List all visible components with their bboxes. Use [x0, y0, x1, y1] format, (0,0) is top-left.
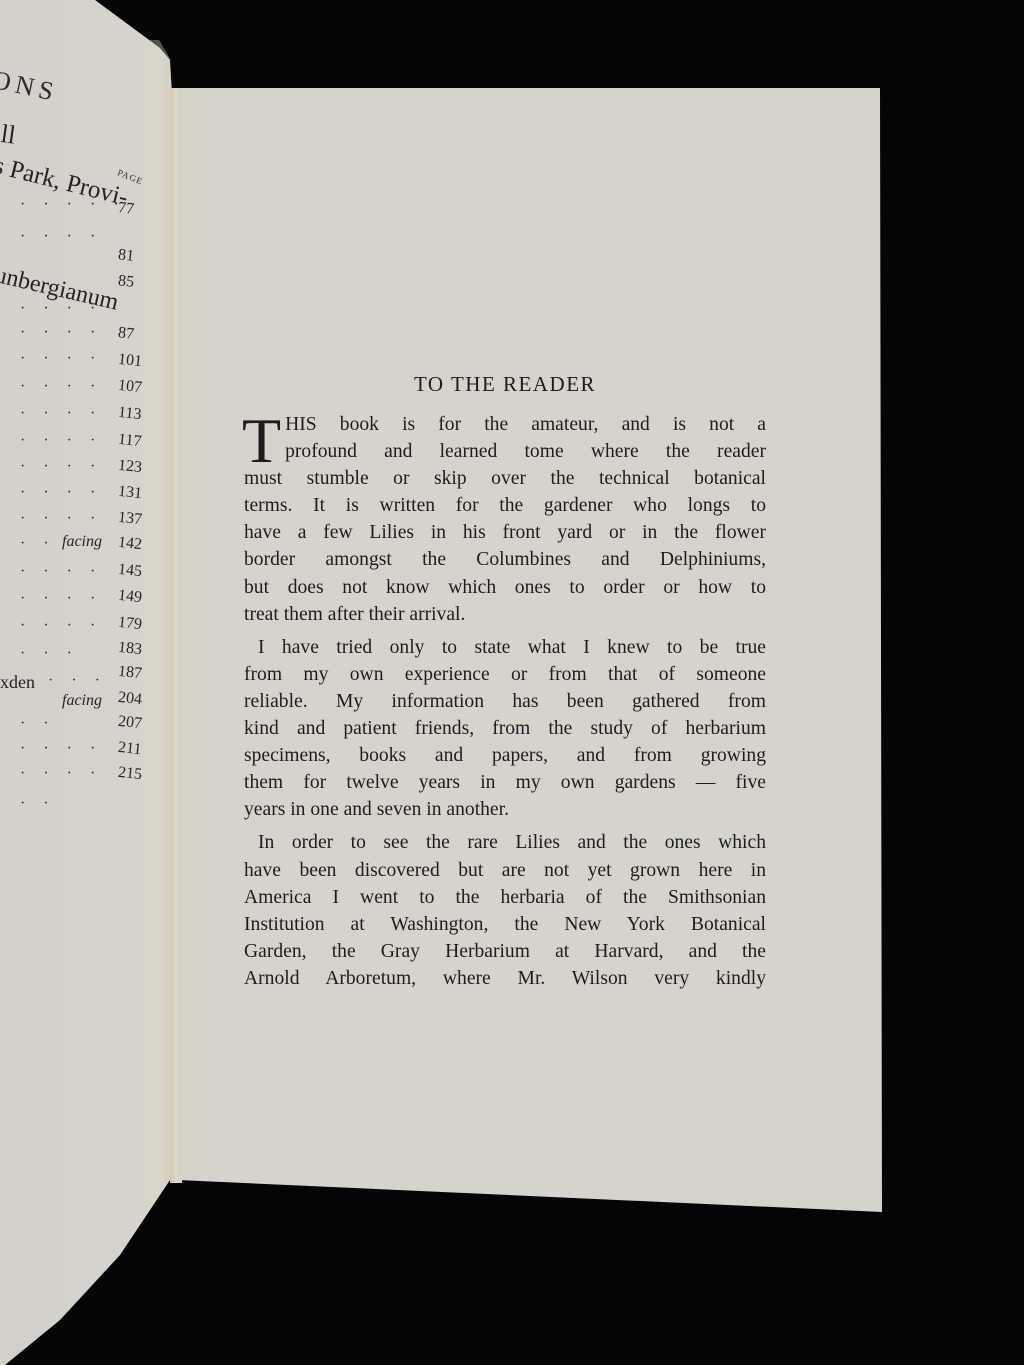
toc-page-number: 87	[117, 324, 135, 344]
text-line: I have tried only to state what I knew t…	[244, 634, 766, 661]
leader-dots: ····	[20, 228, 113, 246]
toc-page-number: 81	[117, 246, 135, 266]
text-line: Institution at Washington, the New York …	[244, 911, 766, 938]
toc-line-fragment: ill	[0, 118, 17, 151]
toc-page-number: 211	[117, 739, 142, 759]
toc-page-number: 113	[117, 404, 142, 424]
text-line: from my own experience or from that of s…	[244, 661, 766, 688]
text-line: kind and patient friends, from the study…	[244, 715, 766, 742]
toc-page-number: 215	[117, 764, 143, 784]
leader-dots: ····	[20, 617, 113, 635]
text-line: In order to see the rare Lilies and the …	[244, 829, 766, 856]
paragraph-2: I have tried only to state what I knew t…	[244, 634, 766, 824]
text-line: years in one and seven in another.	[244, 796, 766, 823]
leader-dots: ····	[20, 324, 113, 342]
leader-dots: ··	[20, 715, 67, 733]
leader-dots: ··	[20, 535, 67, 553]
toc-page-number: 207	[117, 713, 143, 733]
text-line: HIS book is for the amateur, and is not …	[244, 411, 766, 438]
leader-dots: ····	[20, 378, 113, 396]
page-body: TO THE READER T HIS book is for the amat…	[244, 372, 766, 998]
text-line: have been discovered but are not yet gro…	[244, 857, 766, 884]
toc-page-number: 183	[117, 639, 143, 659]
left-page: IONS ill s Park, Provi- unbergianum PAGE…	[0, 0, 180, 1365]
toc-page-number: 137	[117, 509, 143, 529]
toc-page-number: 85	[117, 272, 135, 292]
paragraph-1: T HIS book is for the amateur, and is no…	[244, 411, 766, 628]
leader-dots: ····	[20, 590, 113, 608]
leader-dots: ····	[20, 432, 113, 450]
toc-page-number: 179	[117, 614, 143, 634]
toc-page-number: 187	[117, 663, 143, 683]
book-photo: IONS ill s Park, Provi- unbergianum PAGE…	[0, 0, 1024, 1365]
text-line: must stumble or skip over the technical …	[244, 465, 766, 492]
toc-page-number: 107	[117, 377, 143, 397]
text-line: border amongst the Columbines and Delphi…	[244, 546, 766, 573]
toc-page-number: 123	[117, 457, 143, 477]
text-line: Garden, the Gray Herbarium at Harvard, a…	[244, 938, 766, 965]
leader-dots: ····	[20, 458, 113, 476]
leader-dots: ····	[20, 510, 113, 528]
text-line: reliable. My information has been gather…	[244, 688, 766, 715]
text-line: treat them after their arrival.	[244, 601, 766, 628]
text-line: terms. It is written for the gardener wh…	[244, 492, 766, 519]
text-line: America I went to the herbaria of the Sm…	[244, 884, 766, 911]
toc-page-number: 131	[117, 483, 143, 503]
facing-label: facing	[62, 533, 102, 551]
toc-page-number: 204	[117, 689, 143, 709]
toc-page-number: 101	[117, 351, 143, 371]
leader-dots: ··	[20, 795, 67, 813]
leader-dots: ···	[48, 672, 118, 690]
text-line: specimens, books and papers, and from gr…	[244, 742, 766, 769]
toc-page-number: 142	[117, 534, 143, 554]
facing-label: facing	[62, 692, 102, 710]
leader-dots: ····	[20, 563, 113, 581]
text-line: them for twelve years in my own gardens …	[244, 769, 766, 796]
left-page-heading: IONS	[0, 62, 61, 108]
leader-dots: ····	[20, 405, 113, 423]
leader-dots: ····	[20, 300, 113, 318]
leader-dots: ····	[20, 765, 113, 783]
leader-dots: ····	[20, 350, 113, 368]
toc-page-number: 145	[117, 561, 143, 581]
text-line: but does not know which ones to order or…	[244, 574, 766, 601]
toc-page-number: 77	[117, 199, 135, 219]
paragraph-3: In order to see the rare Lilies and the …	[244, 829, 766, 992]
toc-line-fragment: xden	[0, 672, 35, 693]
text-line: have a few Lilies in his front yard or i…	[244, 519, 766, 546]
text-line: profound and learned tome where the read…	[244, 438, 766, 465]
drop-cap: T	[242, 417, 281, 465]
toc-page-number: 117	[117, 431, 142, 451]
leader-dots: ····	[20, 484, 113, 502]
leader-dots: ···	[20, 645, 90, 663]
page-title: TO THE READER	[244, 372, 766, 397]
text-line: Arnold Arboretum, where Mr. Wilson very …	[244, 965, 766, 992]
toc-page-number: 149	[117, 587, 143, 607]
leader-dots: ····	[20, 740, 113, 758]
right-page: TO THE READER T HIS book is for the amat…	[178, 88, 882, 1214]
